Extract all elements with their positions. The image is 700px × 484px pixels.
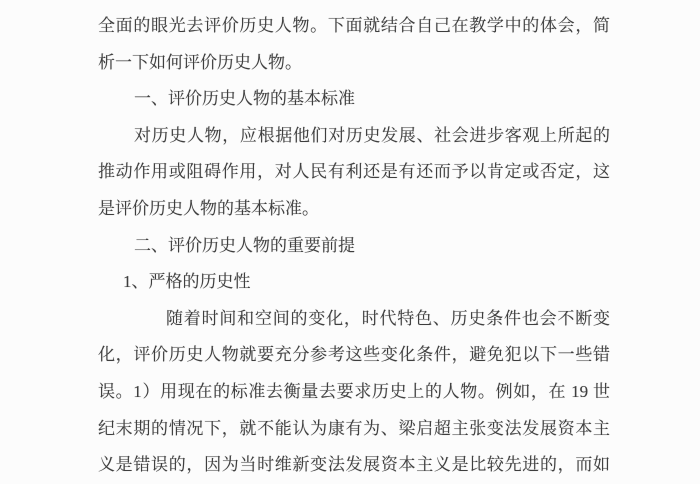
subsection-heading: 1、严格的历史性 [98, 264, 610, 301]
section-heading-2: 二、评价历史人物的重要前提 [98, 228, 610, 265]
section-heading-1: 一、评价历史人物的基本标准 [98, 81, 610, 118]
text-line: 推动作用或阻碍作用，对人民有利还是有还而予以肯定或否定，这 [98, 154, 610, 191]
text-line: 对历史人物，应根据他们对历史发展、社会进步客观上所起的 [98, 118, 610, 155]
text-line: 是评价历史人物的基本标准。 [98, 191, 610, 228]
text-line: 化，评价历史人物就要充分参考这些变化条件，避免犯以下一些错 [98, 337, 610, 374]
text-line: 全面的眼光去评价历史人物。下面就结合自己在教学中的体会，简 [98, 8, 610, 45]
text-line: 义是错误的，因为当时维新变法发展资本主义是比较先进的，而如 [98, 447, 610, 470]
text-line: 随着时间和空间的变化，时代特色、历史条件也会不断变 [98, 301, 610, 338]
text-line: 误。1）用现在的标准去衡量去要求历史上的人物。例如，在 19 世 [98, 374, 610, 411]
document-page: 全面的眼光去评价历史人物。下面就结合自己在教学中的体会，简 析一下如何评价历史人… [98, 8, 610, 470]
text-line: 纪末期的情况下，就不能认为康有为、梁启超主张变法发展资本主 [98, 411, 610, 448]
text-line: 析一下如何评价历史人物。 [98, 45, 610, 82]
